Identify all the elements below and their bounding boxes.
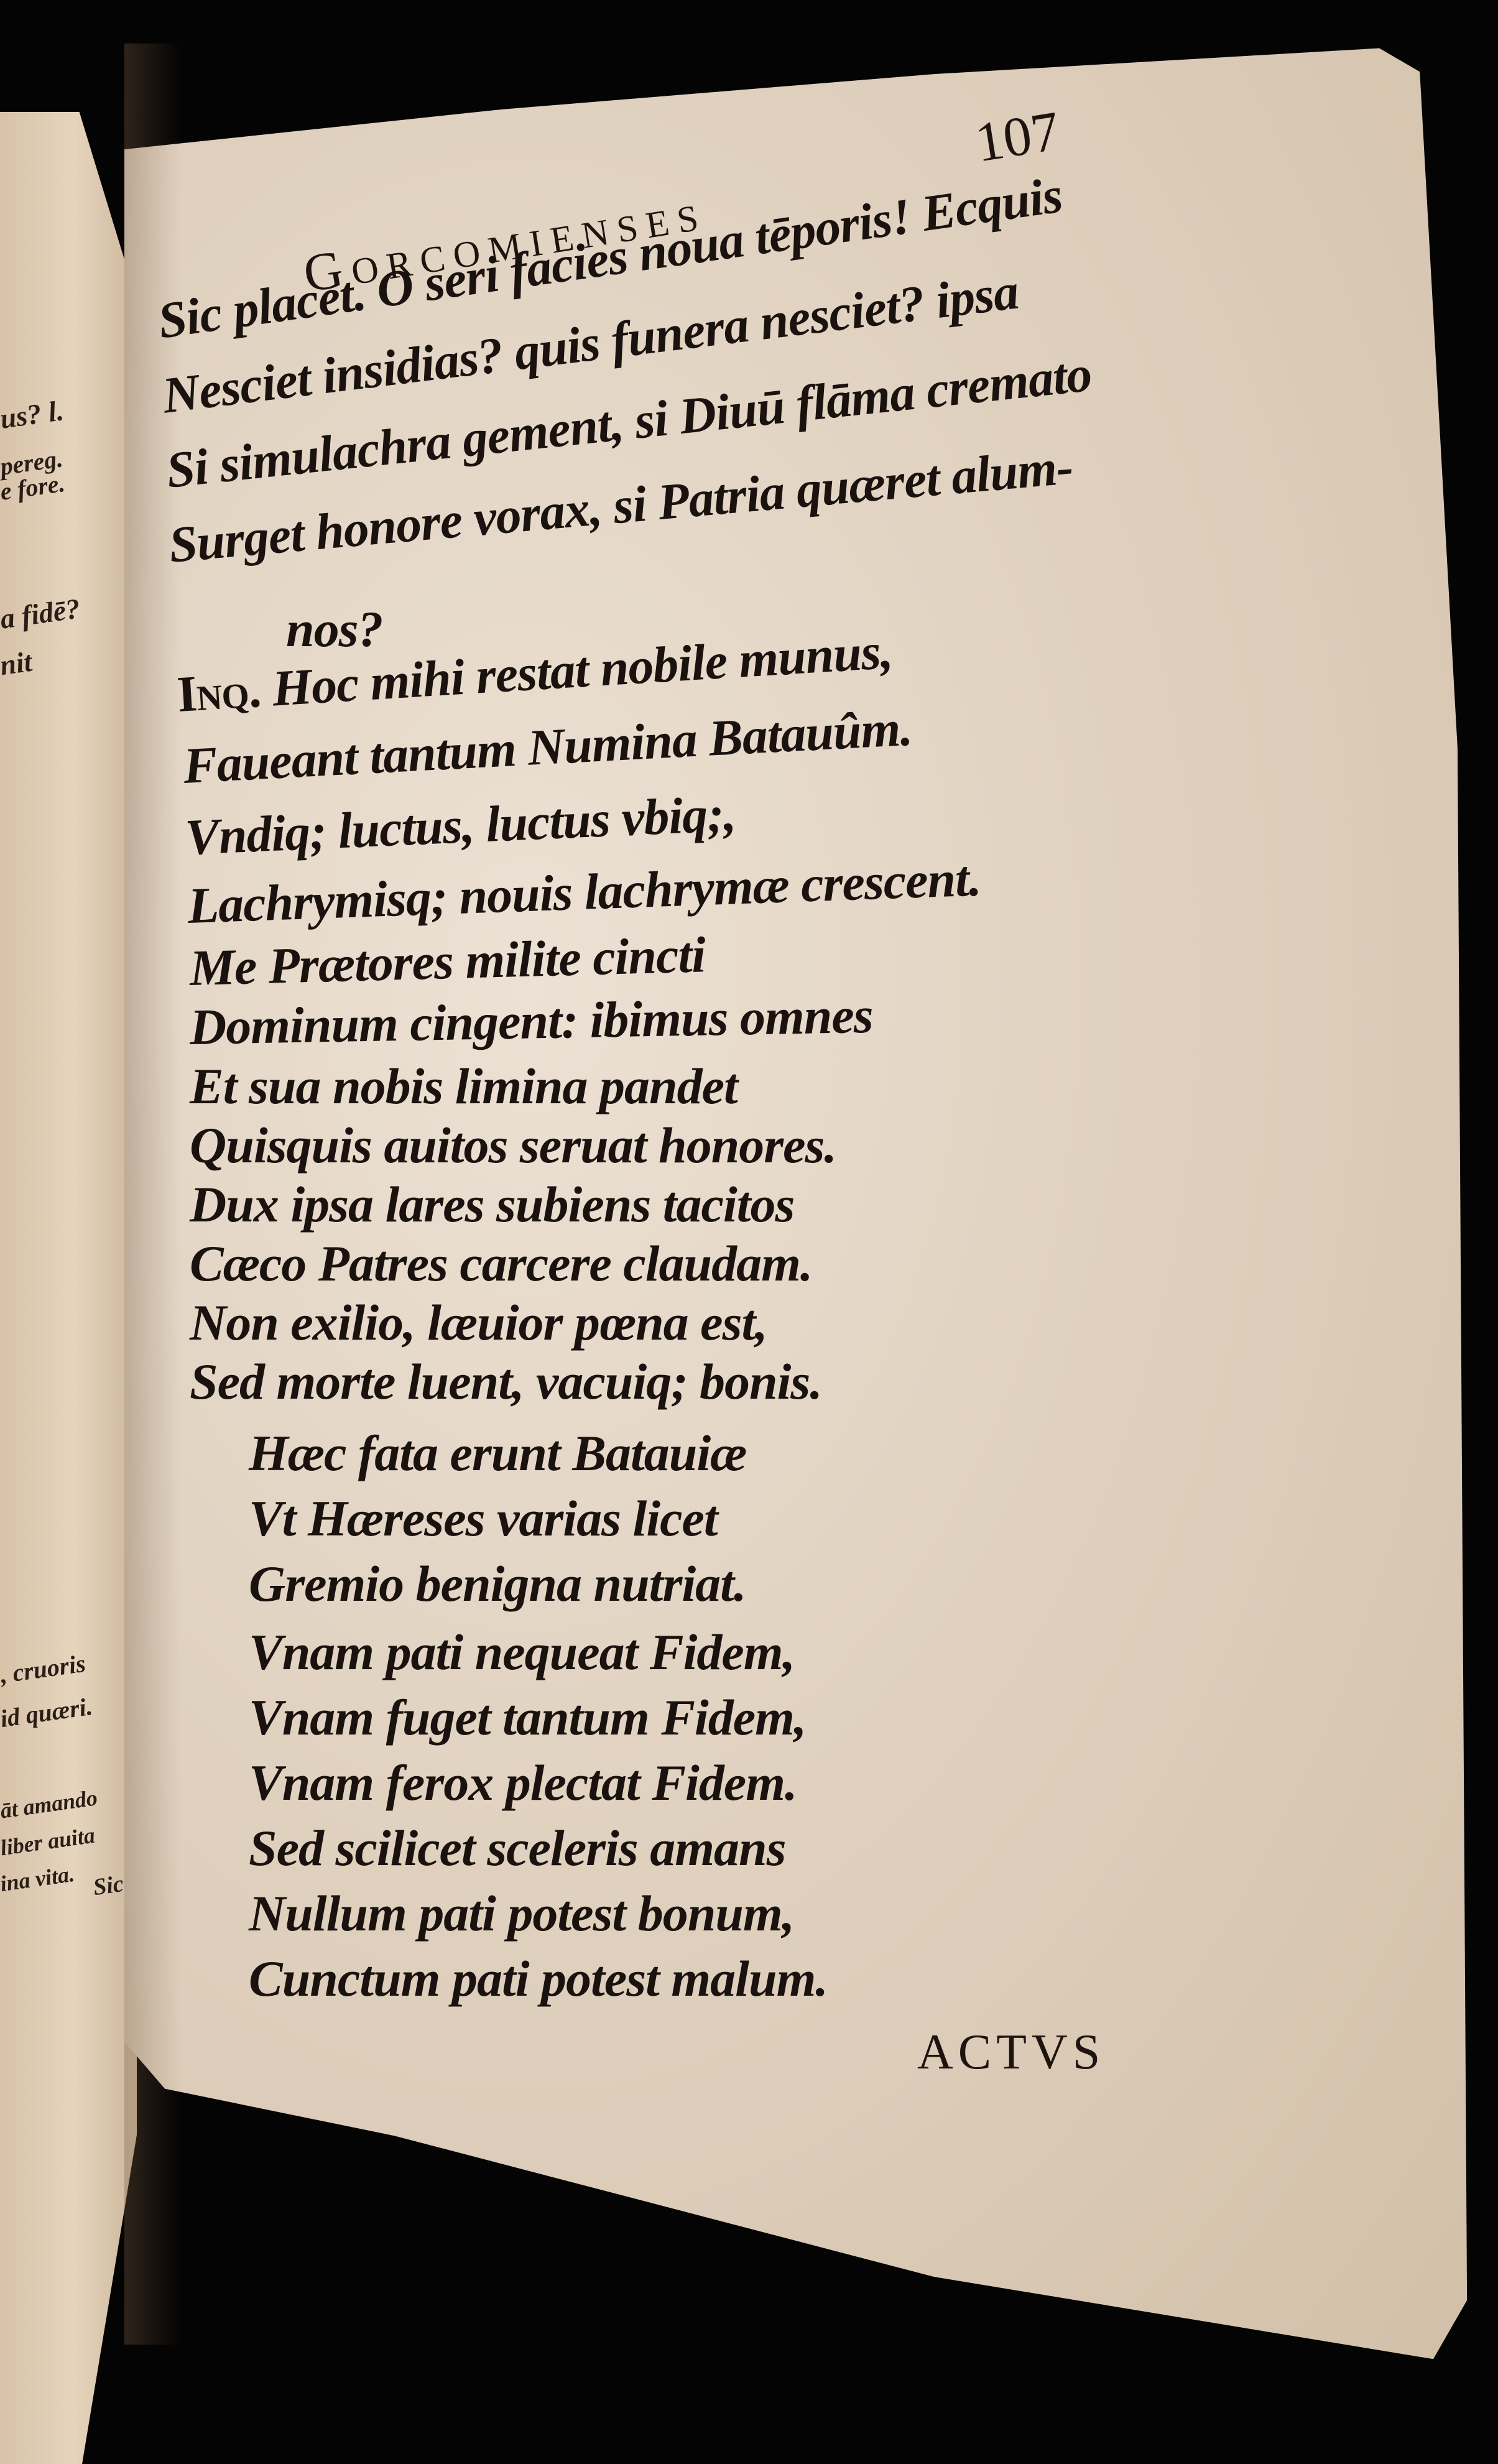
left-page-fragment: Sic bbox=[91, 1870, 125, 1901]
verse-line: Et sua nobis limina pandet bbox=[190, 1057, 737, 1116]
verse-line: Gremio benigna nutriat. bbox=[249, 1555, 746, 1613]
verse-line: Vt Hæreses varias licet bbox=[249, 1489, 718, 1548]
verse-line: Nullum pati potest bonum, bbox=[249, 1884, 794, 1943]
speaker-label: Inq. bbox=[175, 661, 262, 723]
verse-line: Sed morte luent, vacuiq; bonis. bbox=[190, 1353, 822, 1411]
page-number: 107 bbox=[971, 99, 1063, 175]
verse-line: Vnam ferox plectat Fidem. bbox=[249, 1754, 797, 1812]
left-page-fragment: nit bbox=[0, 645, 34, 682]
verse-line: Vnam pati nequeat Fidem, bbox=[249, 1623, 795, 1682]
verse-line: Cæco Patres carcere claudam. bbox=[190, 1234, 812, 1293]
verse-line: Quisquis auitos seruat honores. bbox=[190, 1116, 836, 1175]
verse-line: nos? bbox=[286, 600, 383, 659]
verse-line: Dux ipsa lares subiens tacitos bbox=[190, 1175, 794, 1234]
catchword: ACTVS bbox=[917, 2024, 1105, 2081]
verse-line: Cunctum pati potest malum. bbox=[249, 1950, 828, 2008]
verse-line: Sed scilicet sceleris amans bbox=[249, 1819, 786, 1878]
verse-line: Dominum cingent: ibimus omnes bbox=[189, 986, 873, 1057]
verse-line: Hæc fata erunt Batauiæ bbox=[249, 1424, 746, 1483]
verse-line: Vnam fuget tantum Fidem, bbox=[249, 1688, 806, 1747]
verse-line: Non exilio, læuior pœna est, bbox=[190, 1294, 767, 1352]
